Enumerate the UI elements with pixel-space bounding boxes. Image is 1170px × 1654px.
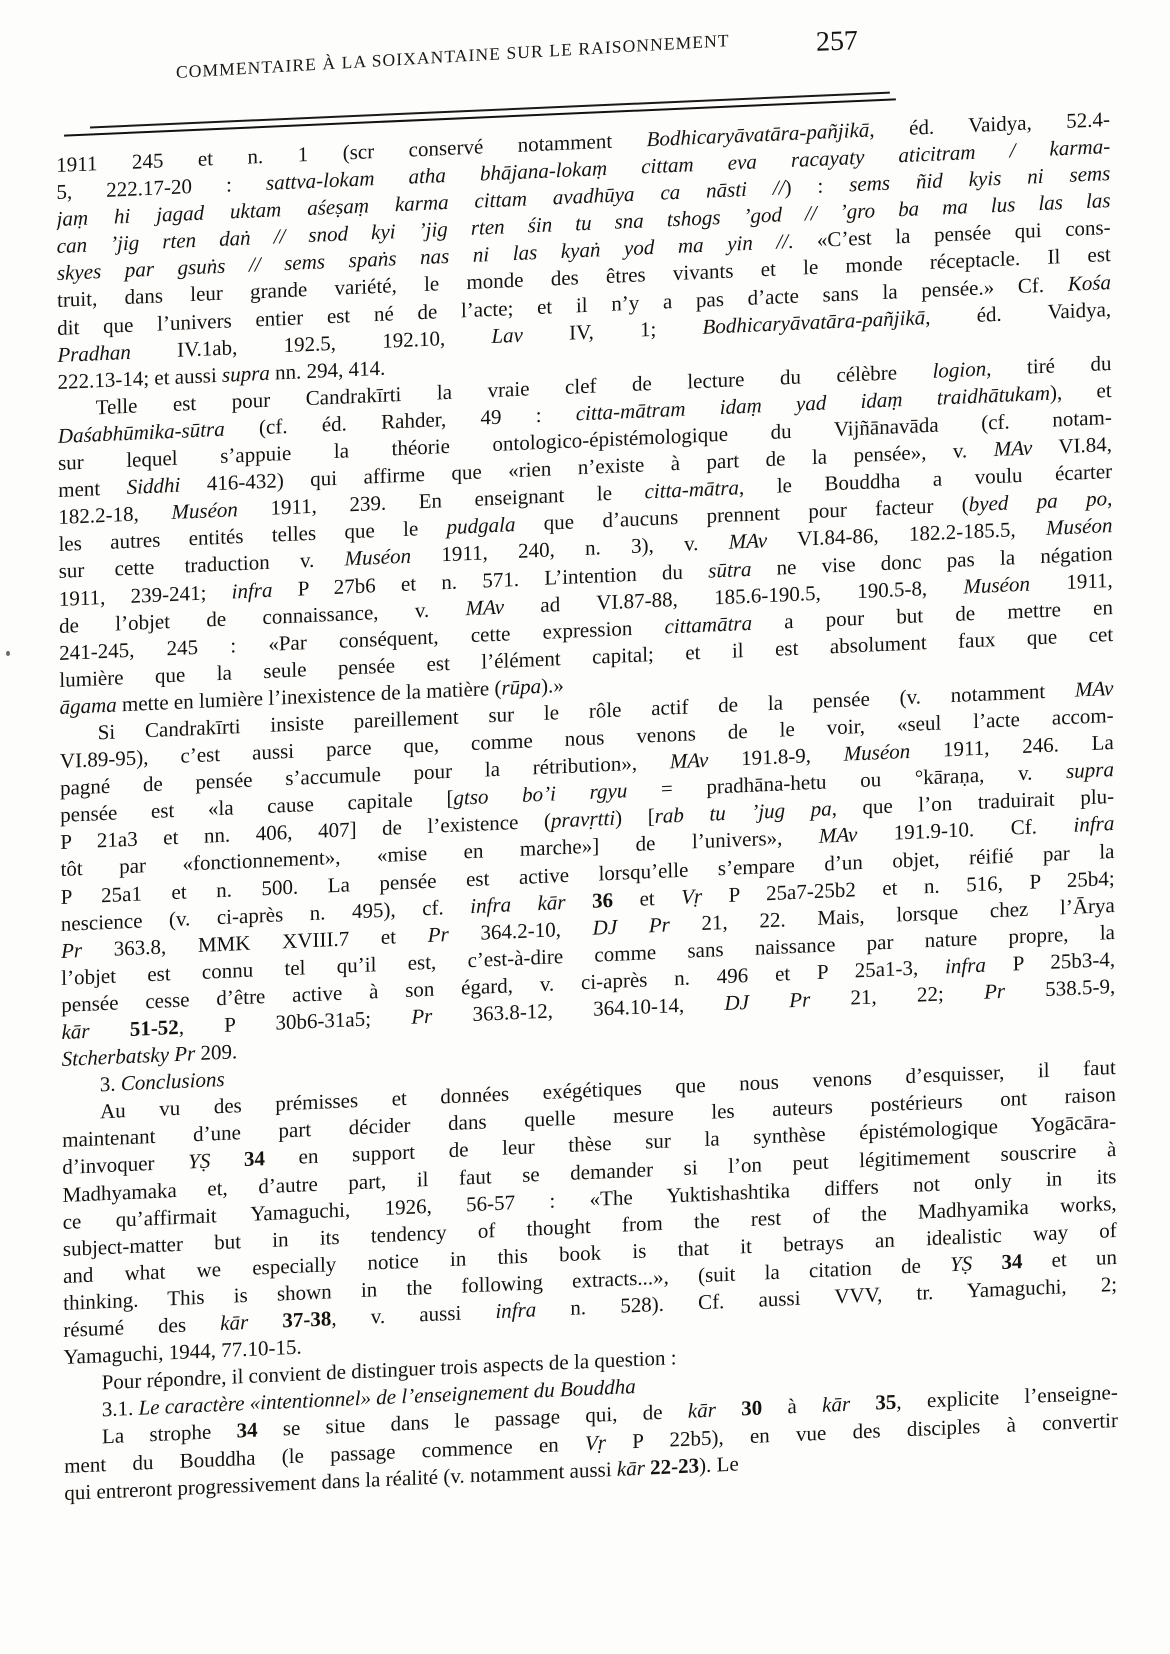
text-segment: 36: [592, 888, 613, 913]
text-segment: YṢ: [188, 1149, 210, 1174]
text-segment: Muséon: [1046, 513, 1113, 540]
text-segment: kār: [220, 1310, 248, 1335]
text-segment: et: [613, 885, 681, 912]
text-segment: sūtra: [708, 556, 751, 582]
text-segment: Kośa: [1068, 270, 1111, 296]
text-segment: Pr: [411, 1004, 432, 1029]
page-number: 257: [815, 25, 858, 58]
text-segment: , tiré du: [986, 351, 1111, 380]
text-segment: Pr: [428, 922, 449, 947]
text-segment: ,: [1107, 486, 1112, 510]
text-segment: cittamātra: [664, 610, 752, 638]
text-segment: 34: [236, 1418, 257, 1443]
text-segment: kār: [822, 1392, 850, 1417]
text-segment: DJ Pr: [724, 987, 810, 1015]
text-segment: logion: [932, 356, 986, 382]
text-segment: DJ Pr: [593, 912, 670, 939]
text-segment: ) [: [615, 804, 655, 830]
text-segment: kār: [617, 1455, 645, 1480]
text-segment: 538.5-9,: [1005, 974, 1115, 1003]
text-segment: [850, 1391, 875, 1416]
text-segment: 35: [875, 1390, 896, 1415]
text-segment: 3.1.: [102, 1396, 139, 1422]
text-segment: Siddhi: [127, 473, 181, 499]
text-segment: 21, 22;: [810, 980, 984, 1012]
text-segment: et un: [1022, 1245, 1117, 1273]
text-segment: Muséon: [171, 497, 238, 524]
text-segment: Muséon: [844, 739, 911, 766]
text-segment: infra: [495, 1297, 536, 1323]
text-segment: nn. 294, 414.: [270, 355, 386, 384]
text-segment: infra: [945, 953, 986, 979]
text-segment: La strophe: [102, 1419, 237, 1449]
text-segment: supra: [1066, 757, 1114, 783]
text-segment: 182.2-18,: [58, 500, 171, 529]
text-segment: 364.2-10,: [449, 915, 593, 945]
text-segment: [210, 1148, 244, 1173]
text-segment: infra: [232, 577, 273, 603]
text-segment: MAv: [465, 594, 504, 620]
text-segment: Stcherbatsky Pr: [62, 1041, 196, 1071]
running-header-title: COMMENTAIRE À LA SOIXANTAINE SUR LE RAIS…: [176, 26, 796, 83]
text-segment: infra: [1073, 811, 1114, 837]
text-segment: infra kār: [470, 890, 565, 918]
text-segment: 37-38: [282, 1306, 331, 1332]
text-segment: 22-23: [650, 1453, 699, 1479]
text-segment: kār: [61, 1019, 89, 1044]
text-segment: 51-52: [130, 1015, 179, 1041]
text-segment: P 25b3-4,: [986, 947, 1115, 977]
text-segment: 3.: [100, 1072, 121, 1097]
body-text-block: 1911 245 et n. 1 (scr conservé notamment…: [56, 80, 1118, 1507]
text-segment: Vṛ: [681, 884, 702, 909]
text-segment: 1911,: [1030, 568, 1113, 596]
text-segment: d’invoquer: [62, 1150, 188, 1179]
body-text: 1911 245 et n. 1 (scr conservé notamment…: [56, 106, 1118, 1507]
text-segment: pudgala: [447, 512, 516, 539]
scanned-book-page: COMMENTAIRE À LA SOIXANTAINE SUR LE RAIS…: [0, 0, 1170, 1654]
text-segment: Conclusions: [121, 1067, 225, 1096]
text-segment: Pr: [984, 979, 1005, 1004]
text-segment: ) :: [784, 173, 849, 200]
text-segment: ment: [58, 475, 127, 502]
text-segment: kār: [688, 1398, 716, 1423]
text-segment: ), et: [1050, 378, 1112, 405]
text-segment: byed pa po: [969, 487, 1107, 517]
text-segment: 30: [741, 1396, 762, 1421]
text-segment: āgama: [59, 692, 116, 718]
text-segment: MAv: [670, 748, 709, 774]
text-segment: pravṛtti: [551, 806, 615, 833]
text-segment: [565, 888, 592, 913]
text-segment: [89, 1017, 129, 1043]
text-segment: Muséon: [963, 571, 1030, 598]
text-segment: supra: [222, 360, 270, 386]
text-segment: , v. aussi: [331, 1299, 495, 1330]
text-segment: VI.84,: [1032, 432, 1112, 459]
text-segment: Muséon: [344, 544, 411, 571]
text-segment: MAv: [994, 436, 1033, 462]
text-segment: Pradhan: [57, 339, 131, 366]
text-segment: à: [762, 1393, 822, 1420]
text-segment: [248, 1308, 282, 1333]
text-segment: 191.8-9,: [708, 742, 844, 772]
text-segment: 34: [244, 1147, 265, 1172]
text-segment: MAv: [819, 823, 858, 849]
ink-speck: [6, 651, 10, 656]
text-segment: 34: [1001, 1249, 1022, 1274]
text-segment: 209.: [195, 1039, 237, 1065]
text-segment: Pr: [61, 938, 82, 963]
text-segment: YṢ: [950, 1251, 972, 1276]
text-segment: Vṛ: [585, 1430, 606, 1455]
text-segment: MAv: [1075, 676, 1114, 702]
text-segment: MAv: [729, 528, 768, 554]
text-segment: [972, 1250, 1001, 1275]
text-segment: [716, 1397, 741, 1422]
text-segment: Lav: [491, 322, 523, 347]
text-segment: rūpa: [501, 674, 541, 700]
text-segment: ). Le: [699, 1451, 739, 1477]
text-segment: citta-mātra: [644, 475, 739, 503]
text-segment: ).»: [541, 673, 564, 698]
